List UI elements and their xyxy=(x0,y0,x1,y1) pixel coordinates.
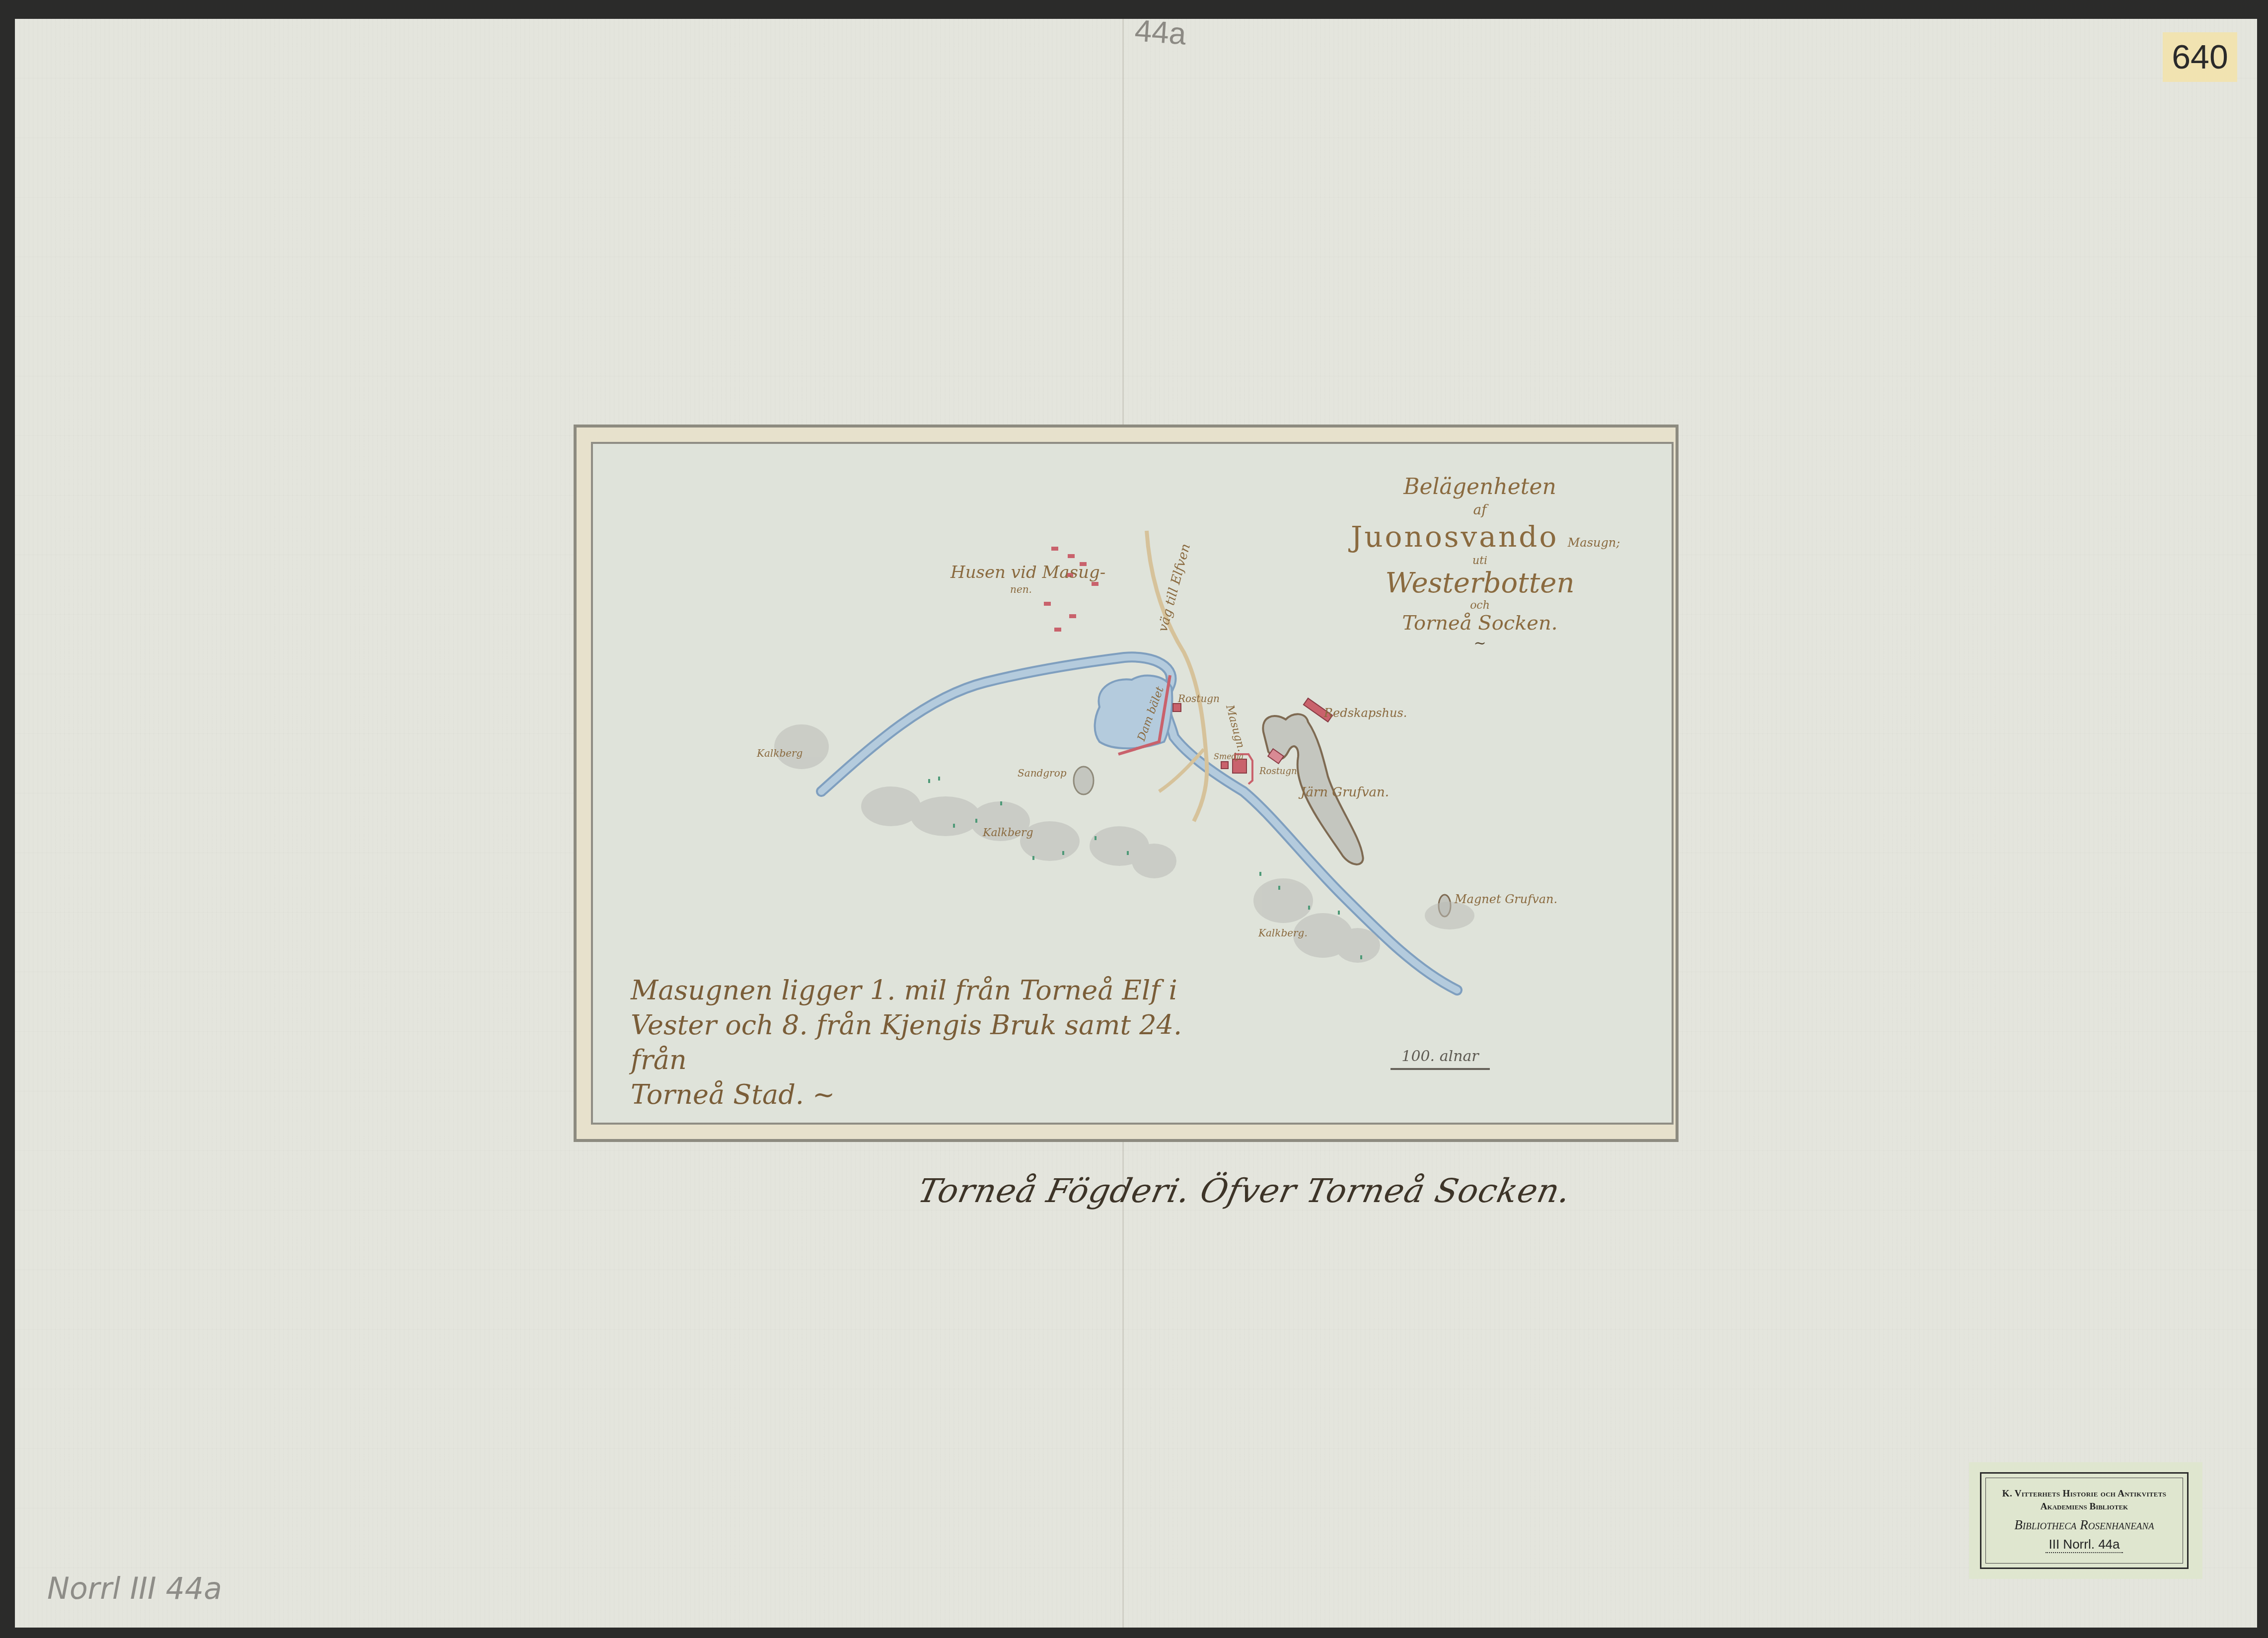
label-houses: Husen vid Masug- xyxy=(950,563,1105,582)
map-title-block: Belägenheten af Juonosvando Masugn; uti … xyxy=(1351,474,1609,652)
label-lime-hill-2: Kalkberg xyxy=(982,827,1033,839)
label-iron-mine: Järn Grufvan. xyxy=(1298,785,1389,800)
library-label-line-3: Bibliotheca Rosenhaneana xyxy=(2014,1517,2154,1533)
blast-furnace xyxy=(1233,759,1246,773)
scale-bar: 100. alnar xyxy=(1390,1048,1490,1070)
title-flourish: ~ xyxy=(1351,635,1609,652)
library-label-frame: K. Vitterhets Historie och Antikvitets A… xyxy=(1980,1472,2189,1569)
library-label: K. Vitterhets Historie och Antikvitets A… xyxy=(1969,1462,2202,1579)
road-branch xyxy=(1159,749,1204,791)
label-lime-hill-1: Kalkberg xyxy=(756,747,803,759)
scale-line xyxy=(1390,1068,1490,1070)
title-line-7: Torneå Socken. xyxy=(1351,612,1609,635)
note-line-3: Torneå Stad. ~ xyxy=(631,1077,1227,1112)
label-blast-furnace: Masugn. xyxy=(1223,703,1247,753)
scale-label: 100. alnar xyxy=(1390,1048,1490,1065)
sand-pit xyxy=(1074,767,1094,794)
title-line-4: uti xyxy=(1351,555,1609,567)
title-line-1: Belägenheten xyxy=(1351,474,1609,499)
label-sand-pit: Sandgrop xyxy=(1018,767,1067,779)
pencil-page-number: 44a xyxy=(1134,13,1187,52)
smithy xyxy=(1221,762,1228,769)
note-line-2: Vester och 8. från Kjengis Bruk samt 24.… xyxy=(631,1008,1227,1077)
library-label-line-1: K. Vitterhets Historie och Antikvitets xyxy=(2002,1489,2166,1499)
label-road: väg till Elfven xyxy=(1156,542,1193,634)
sheet-caption: Torneå Fögderi. Öfver Torneå Socken. xyxy=(915,1172,1574,1210)
title-line-5: Westerbotten xyxy=(1351,567,1609,599)
map-note: Masugnen ligger 1. mil från Torneå Elf i… xyxy=(631,973,1227,1112)
roast-furnace-1 xyxy=(1173,704,1181,712)
title-line-6: och xyxy=(1351,599,1609,612)
label-houses-cont: nen. xyxy=(1010,583,1032,595)
note-line-1: Masugnen ligger 1. mil från Torneå Elf i xyxy=(631,973,1227,1008)
label-roast-furnace-2: Rostugn. xyxy=(1259,766,1300,777)
title-line-2: af xyxy=(1351,501,1609,518)
label-smithy: Smedja xyxy=(1214,752,1244,761)
label-lime-hill-3: Kalkberg. xyxy=(1258,927,1308,939)
library-shelfmark: III Norrl. 44a xyxy=(2046,1537,2122,1553)
houses-cluster xyxy=(1044,547,1098,632)
title-place-name: Juonosvando xyxy=(1351,520,1558,554)
archive-number-tag: 640 xyxy=(2163,32,2237,82)
archive-number: 640 xyxy=(2172,38,2228,76)
label-magnet-mine: Magnet Grufvan. xyxy=(1454,892,1557,906)
library-label-line-2: Akademiens Bibliotek xyxy=(2041,1501,2128,1512)
title-place-suffix: Masugn; xyxy=(1568,536,1620,550)
label-tool-house: Redskapshus. xyxy=(1323,706,1407,720)
label-roast-furnace-1: Rostugn xyxy=(1177,693,1220,705)
pencil-shelfmark: Norrl III 44a xyxy=(47,1571,222,1606)
